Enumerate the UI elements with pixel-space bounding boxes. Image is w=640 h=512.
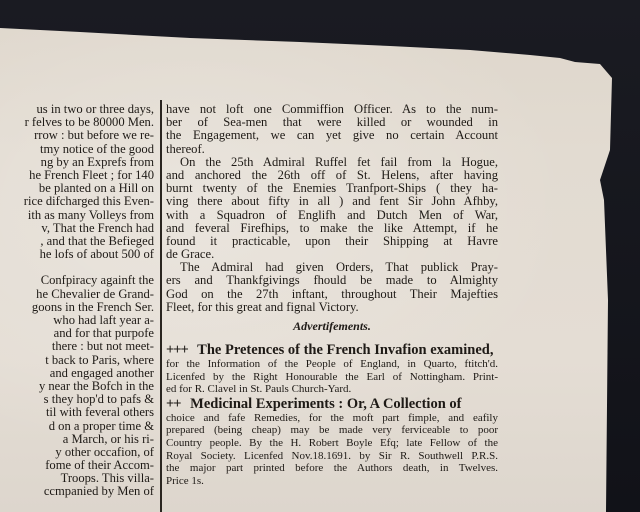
paragraph-thanksgiving: The Admiral had given Orders, That publi… <box>166 261 498 314</box>
text-line: ving there about fifty in all ) and fent… <box>166 195 498 208</box>
paragraph-admiral-russel: On the 25th Admiral Ruffel fet fail from… <box>166 156 498 262</box>
text-line: choice and fafe Remedies, for the moft p… <box>166 412 498 425</box>
text-line: ber of Sea-men that were killed or wound… <box>166 116 498 129</box>
section-mark-icon: ++ <box>166 396 181 412</box>
text-line: r felves to be 80000 Men. <box>0 116 158 129</box>
text-line: us in two or three days, <box>0 103 158 116</box>
text-line: the Engagement, we can yet give no certa… <box>166 129 498 142</box>
text-line: Royal Society. Licenfed Nov.18.1691. by … <box>166 450 498 463</box>
advertisement-medicinal-experiments: ++ Medicinal Experiments : Or, A Collect… <box>166 396 498 488</box>
ad-title: Medicinal Experiments : Or, A Collection… <box>190 396 461 412</box>
text-line: found it practicable, upon their Shippin… <box>166 235 498 248</box>
newspaper-page: us in two or three days,r felves to be 8… <box>0 0 640 512</box>
text-line: Licenfed by the Right Honourable the Ear… <box>166 371 498 384</box>
text-line: the major part printed before the Author… <box>166 462 498 475</box>
text-line: he lofs of about 500 of <box>0 248 158 261</box>
text-line: Price 1s. <box>166 475 498 488</box>
left-column: us in two or three days,r felves to be 8… <box>0 103 158 499</box>
text-line: y near the Bofch in the <box>0 380 158 393</box>
text-line: Troops. This villa- <box>0 472 158 485</box>
column-divider <box>160 100 162 512</box>
advertisements-heading: Advertifements. <box>166 320 498 334</box>
text-line: , and that the Befieged <box>0 235 158 248</box>
text-line: fome of their Accom- <box>0 459 158 472</box>
text-line: The Admiral had given Orders, That publi… <box>166 261 498 274</box>
text-line: prepared (being cheap) may be made very … <box>166 424 498 437</box>
text-line: and feveral Firefhips, to make the like … <box>166 222 498 235</box>
text-line: he French Fleet ; for 140 <box>0 169 158 182</box>
text-line: tmy notice of the good <box>0 143 158 156</box>
section-mark-icon: +++ <box>166 342 188 358</box>
text-line: he Chevalier de Grand- <box>0 288 158 301</box>
text-line: rrow : but before we re- <box>0 129 158 142</box>
text-line: v, That the French had <box>0 222 158 235</box>
text-line: and engaged another <box>0 367 158 380</box>
text-line: s they hop'd to pafs & <box>0 393 158 406</box>
ad-body: for the Information of the People of Eng… <box>166 358 498 396</box>
text-line: rice difcharged this Even- <box>0 195 158 208</box>
text-line: On the 25th Admiral Ruffel fet fail from… <box>166 156 498 169</box>
text-line: ith as many Volleys from <box>0 209 158 222</box>
text-line: goons in the French Ser. <box>0 301 158 314</box>
ad-body: choice and fafe Remedies, for the moft p… <box>166 412 498 488</box>
text-line: ed for R. Clavel in St. Pauls Church-Yar… <box>166 383 498 396</box>
text-line: y other occafion, of <box>0 446 158 459</box>
text-line: ccmpanied by Men of <box>0 485 158 498</box>
text-line: thereof. <box>166 143 498 156</box>
text-line: ers and Thankfgivings fhould be made to … <box>166 274 498 287</box>
text-line: there : but not meet- <box>0 340 158 353</box>
text-line: who had laft year a- <box>0 314 158 327</box>
text-line: ng by an Exprefs from <box>0 156 158 169</box>
text-line: til with feveral others <box>0 406 158 419</box>
right-column: have not loft one Commiffion Officer. As… <box>166 103 498 487</box>
text-line: God on the 27th inftant, throughout Thei… <box>166 288 498 301</box>
text-line: Confpiracy againft the <box>0 274 158 287</box>
ad-title: The Pretences of the French Invafion exa… <box>197 342 493 358</box>
text-line: d on a proper time & <box>0 420 158 433</box>
text-line: a March, or his ri- <box>0 433 158 446</box>
text-line: have not loft one Commiffion Officer. As… <box>166 103 498 116</box>
text-line: with a Squadron of Englifh and Dutch Men… <box>166 209 498 222</box>
text-line: be planted on a Hill on <box>0 182 158 195</box>
text-line <box>0 261 158 274</box>
text-line: for the Information of the People of Eng… <box>166 358 498 371</box>
text-line: and anchored the 26th off of St. Helens,… <box>166 169 498 182</box>
advertisement-french-invasion: +++ The Pretences of the French Invafion… <box>166 342 498 396</box>
text-line: de Grace. <box>166 248 498 261</box>
text-line: burnt twenty of the Enemies Tranfport-Sh… <box>166 182 498 195</box>
text-line: t back to Paris, where <box>0 354 158 367</box>
text-line: Fleet, for this great and fignal Victory… <box>166 301 498 314</box>
text-line: Country people. By the H. Robert Boyle E… <box>166 437 498 450</box>
text-line: and for that purpofe <box>0 327 158 340</box>
paragraph-casualties: have not loft one Commiffion Officer. As… <box>166 103 498 156</box>
